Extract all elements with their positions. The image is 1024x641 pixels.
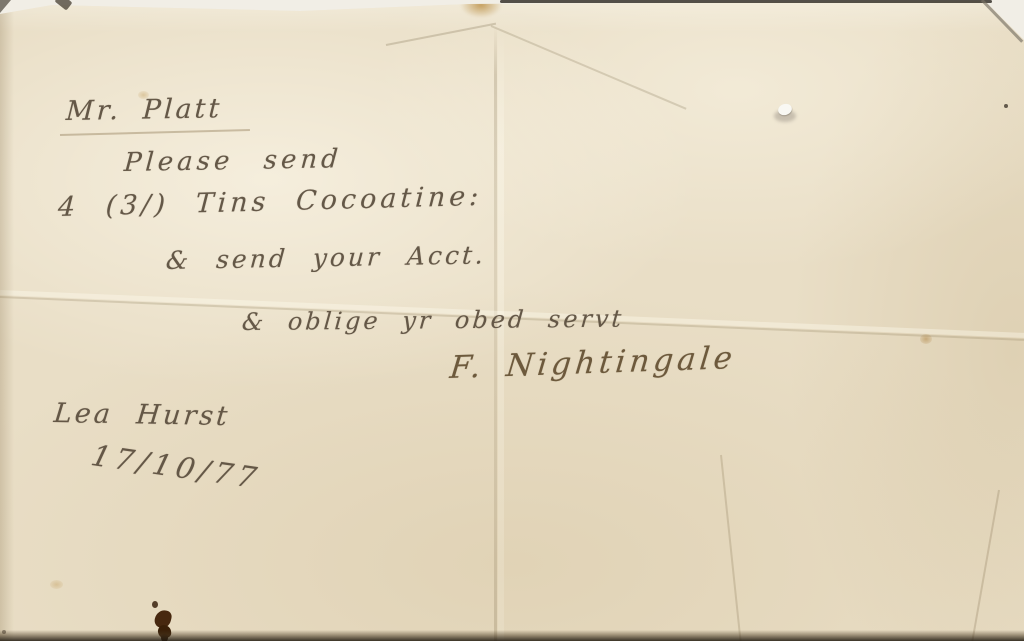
fold-crease-top-right-branch [491, 25, 687, 110]
paper-edge-bottom-shading [0, 630, 1024, 641]
ink-blot-main [153, 608, 173, 629]
letter-paper: Mr. Platt Please send 4 (3/) Tins Cocoat… [0, 0, 1024, 641]
fold-crease-bottom-right-1 [720, 455, 742, 641]
body-line-2: 4 (3/) Tins Cocoatine: [57, 181, 483, 223]
top-left-corner-shadow [0, 0, 11, 13]
salutation-line: Mr. Platt [65, 93, 223, 127]
signature-line: F. Nightingale [448, 340, 738, 386]
stain-top-center [460, 0, 502, 18]
fold-crease-top-left-branch [386, 23, 496, 46]
foxing-spot-right [920, 334, 932, 344]
salutation-underline [60, 129, 250, 136]
date-line: 17/10/77 [88, 438, 265, 495]
scanned-letter: Mr. Platt Please send 4 (3/) Tins Cocoat… [0, 0, 1024, 641]
ink-blot-droplet [152, 601, 158, 608]
body-line-3: & send your Acct. [165, 240, 487, 275]
scan-top-edge-line [500, 0, 992, 3]
fold-crease-bottom-right-2 [971, 490, 1000, 641]
paper-edge-left-shading [0, 0, 14, 641]
foxing-spot-lower-left [50, 580, 63, 589]
body-line-1: Please send [123, 144, 343, 178]
body-line-4: & oblige yr obed servt [241, 305, 625, 336]
place-line: Lea Hurst [52, 398, 231, 432]
dark-speck-right [1004, 104, 1008, 108]
